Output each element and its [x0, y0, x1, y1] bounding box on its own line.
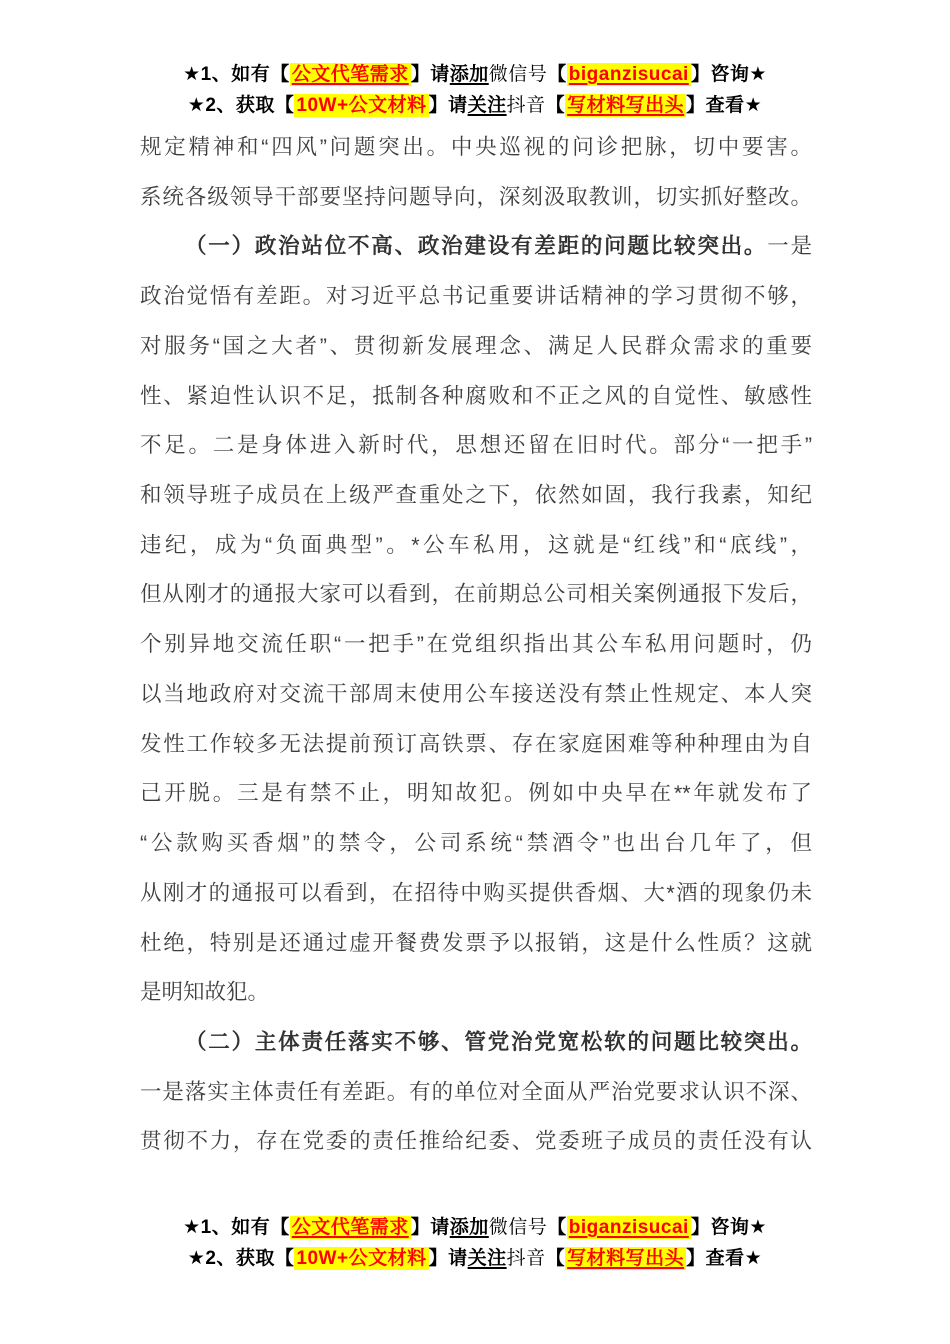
body-line: 违纪，成为“负面典型”。*公车私用，这就是“红线”和“底线”， [140, 521, 812, 571]
ad-highlighted-text: biganzisucai [567, 1216, 691, 1239]
body-line: 一是落实主体责任有差距。有的单位对全面从严治党要求认识不深、 [140, 1068, 812, 1118]
body-line: 政治觉悟有差距。对习近平总书记重要讲话精神的学习贯彻不够， [140, 272, 812, 322]
ad-text: 】咨询★ [691, 64, 767, 85]
ad-highlighted-text: 写材料写出头 [565, 1247, 686, 1270]
body-line: “公款购买香烟”的禁令，公司系统“禁酒令”也出台几年了，但 [140, 819, 812, 869]
ad-text: 【 [547, 64, 567, 85]
ad-highlighted-text: biganzisucai [567, 63, 691, 86]
ad-text: 】请 [429, 1248, 468, 1269]
ad-text: 】请 [429, 95, 468, 116]
ad-text: 】请 [411, 64, 450, 85]
ad-text: 抖音 [507, 1248, 546, 1269]
body-text: 但从刚才的通报大家可以看到，在前期总公司相关案例通报下发后， [140, 582, 812, 606]
body-text: 是明知故犯。 [140, 980, 269, 1004]
body-text: 规定精神和“四风”问题突出。中央巡视的问诊把脉，切中要害。 [140, 135, 812, 159]
body-text: 和领导班子成员在上级严查重处之下，依然如固，我行我素，知纪 [140, 483, 812, 507]
ad-banner-header: ★1、如有【公文代笔需求】请添加微信号【biganzisucai】咨询★★2、获… [0, 59, 950, 121]
body-line: 不足。二是身体进入新时代，思想还留在旧时代。部分“一把手” [140, 421, 812, 471]
body-line: 个别异地交流任职“一把手”在党组织指出其公车私用问题时，仍 [140, 620, 812, 670]
body-text: 从刚才的通报可以看到，在招待中购买提供香烟、大*酒的现象仍未 [140, 881, 812, 905]
ad-line: ★1、如有【公文代笔需求】请添加微信号【biganzisucai】咨询★ [0, 1212, 950, 1243]
ad-highlighted-text: 公文代笔需求 [290, 1216, 411, 1239]
ad-highlighted-text: 写材料写出头 [565, 94, 686, 117]
body-text: 一是落实主体责任有差距。有的单位对全面从严治党要求认识不深、 [140, 1080, 812, 1104]
ad-text: ★2、获取【 [188, 1248, 295, 1269]
ad-text: 】咨询★ [691, 1217, 767, 1238]
body-line: 以当地政府对交流干部周末使用公车接送没有禁止性规定、本人突 [140, 670, 812, 720]
ad-text: 微信号 [489, 1217, 548, 1238]
body-text: 一是 [767, 234, 812, 258]
ad-underlined-text: 关注 [468, 95, 507, 116]
body-text: 政治觉悟有差距。对习近平总书记重要讲话精神的学习贯彻不够， [140, 284, 812, 308]
heading-line: （一）政治站位不高、政治建设有差距的问题比较突出。一是 [140, 222, 812, 272]
ad-text: 】查看★ [686, 95, 762, 116]
ad-text: 】请 [411, 1217, 450, 1238]
heading-text: （一）政治站位不高、政治建设有差距的问题比较突出。 [185, 234, 767, 258]
body-line: 但从刚才的通报大家可以看到，在前期总公司相关案例通报下发后， [140, 570, 812, 620]
body-text: 系统各级领导干部要坚持问题导向，深刻汲取教训，切实抓好整改。 [140, 185, 812, 209]
body-text: 发性工作较多无法提前预订高铁票、存在家庭困难等种种理由为自 [140, 732, 812, 756]
body-line: 己开脱。三是有禁不止，明知故犯。例如中央早在**年就发布了 [140, 769, 812, 819]
body-line: 对服务“国之大者”、贯彻新发展理念、满足人民群众需求的重要 [140, 322, 812, 372]
body-line: 从刚才的通报可以看到，在招待中购买提供香烟、大*酒的现象仍未 [140, 869, 812, 919]
ad-text: 【 [546, 95, 566, 116]
ad-underlined-text: 关注 [468, 1248, 507, 1269]
ad-text: 微信号 [489, 64, 548, 85]
body-text: 性、紧迫性认识不足，抵制各种腐败和不正之风的自觉性、敏感性 [140, 384, 812, 408]
body-line: 系统各级领导干部要坚持问题导向，深刻汲取教训，切实抓好整改。 [140, 173, 812, 223]
ad-underlined-text: 添加 [450, 1217, 489, 1238]
ad-line: ★2、获取【10W+公文材料】请关注抖音【写材料写出头】查看★ [0, 90, 950, 121]
body-text: 不足。二是身体进入新时代，思想还留在旧时代。部分“一把手” [140, 433, 812, 457]
body-text: 对服务“国之大者”、贯彻新发展理念、满足人民群众需求的重要 [140, 334, 812, 358]
body-line: 规定精神和“四风”问题突出。中央巡视的问诊把脉，切中要害。 [140, 123, 812, 173]
ad-banner-footer: ★1、如有【公文代笔需求】请添加微信号【biganzisucai】咨询★★2、获… [0, 1212, 950, 1274]
body-line: 和领导班子成员在上级严查重处之下，依然如固，我行我素，知纪 [140, 471, 812, 521]
body-text: 贯彻不力，存在党委的责任推给纪委、党委班子成员的责任没有认 [140, 1129, 812, 1153]
heading-line: （二）主体责任落实不够、管党治党宽松软的问题比较突出。 [140, 1018, 812, 1068]
body-text: 个别异地交流任职“一把手”在党组织指出其公车私用问题时，仍 [140, 632, 812, 656]
ad-highlighted-text: 公文代笔需求 [290, 63, 411, 86]
body-text: 以当地政府对交流干部周末使用公车接送没有禁止性规定、本人突 [140, 682, 812, 706]
ad-highlighted-text: 10W+公文材料 [294, 94, 428, 117]
ad-text: 【 [546, 1248, 566, 1269]
ad-text: 】查看★ [686, 1248, 762, 1269]
body-line: 性、紧迫性认识不足，抵制各种腐败和不正之风的自觉性、敏感性 [140, 372, 812, 422]
body-line: 是明知故犯。 [140, 968, 812, 1018]
body-text: 己开脱。三是有禁不止，明知故犯。例如中央早在**年就发布了 [140, 781, 812, 805]
ad-text: 抖音 [507, 95, 546, 116]
body-text: “公款购买香烟”的禁令，公司系统“禁酒令”也出台几年了，但 [140, 831, 812, 855]
body-line: 发性工作较多无法提前预订高铁票、存在家庭困难等种种理由为自 [140, 720, 812, 770]
ad-text: ★2、获取【 [188, 95, 295, 116]
document-page: ★1、如有【公文代笔需求】请添加微信号【biganzisucai】咨询★★2、获… [0, 0, 950, 1344]
ad-text: ★1、如有【 [183, 64, 290, 85]
ad-line: ★2、获取【10W+公文材料】请关注抖音【写材料写出头】查看★ [0, 1243, 950, 1274]
ad-highlighted-text: 10W+公文材料 [294, 1247, 428, 1270]
body-line: 贯彻不力，存在党委的责任推给纪委、党委班子成员的责任没有认 [140, 1117, 812, 1167]
body-text: 杜绝，特别是还通过虚开餐费发票予以报销，这是什么性质？这就 [140, 931, 812, 955]
ad-text: ★1、如有【 [183, 1217, 290, 1238]
ad-line: ★1、如有【公文代笔需求】请添加微信号【biganzisucai】咨询★ [0, 59, 950, 90]
heading-text: （二）主体责任落实不够、管党治党宽松软的问题比较突出。 [185, 1030, 812, 1054]
body-text: 违纪，成为“负面典型”。*公车私用，这就是“红线”和“底线”， [140, 533, 812, 557]
ad-underlined-text: 添加 [450, 64, 489, 85]
ad-text: 【 [547, 1217, 567, 1238]
document-body: 规定精神和“四风”问题突出。中央巡视的问诊把脉，切中要害。系统各级领导干部要坚持… [140, 123, 812, 1167]
body-line: 杜绝，特别是还通过虚开餐费发票予以报销，这是什么性质？这就 [140, 919, 812, 969]
